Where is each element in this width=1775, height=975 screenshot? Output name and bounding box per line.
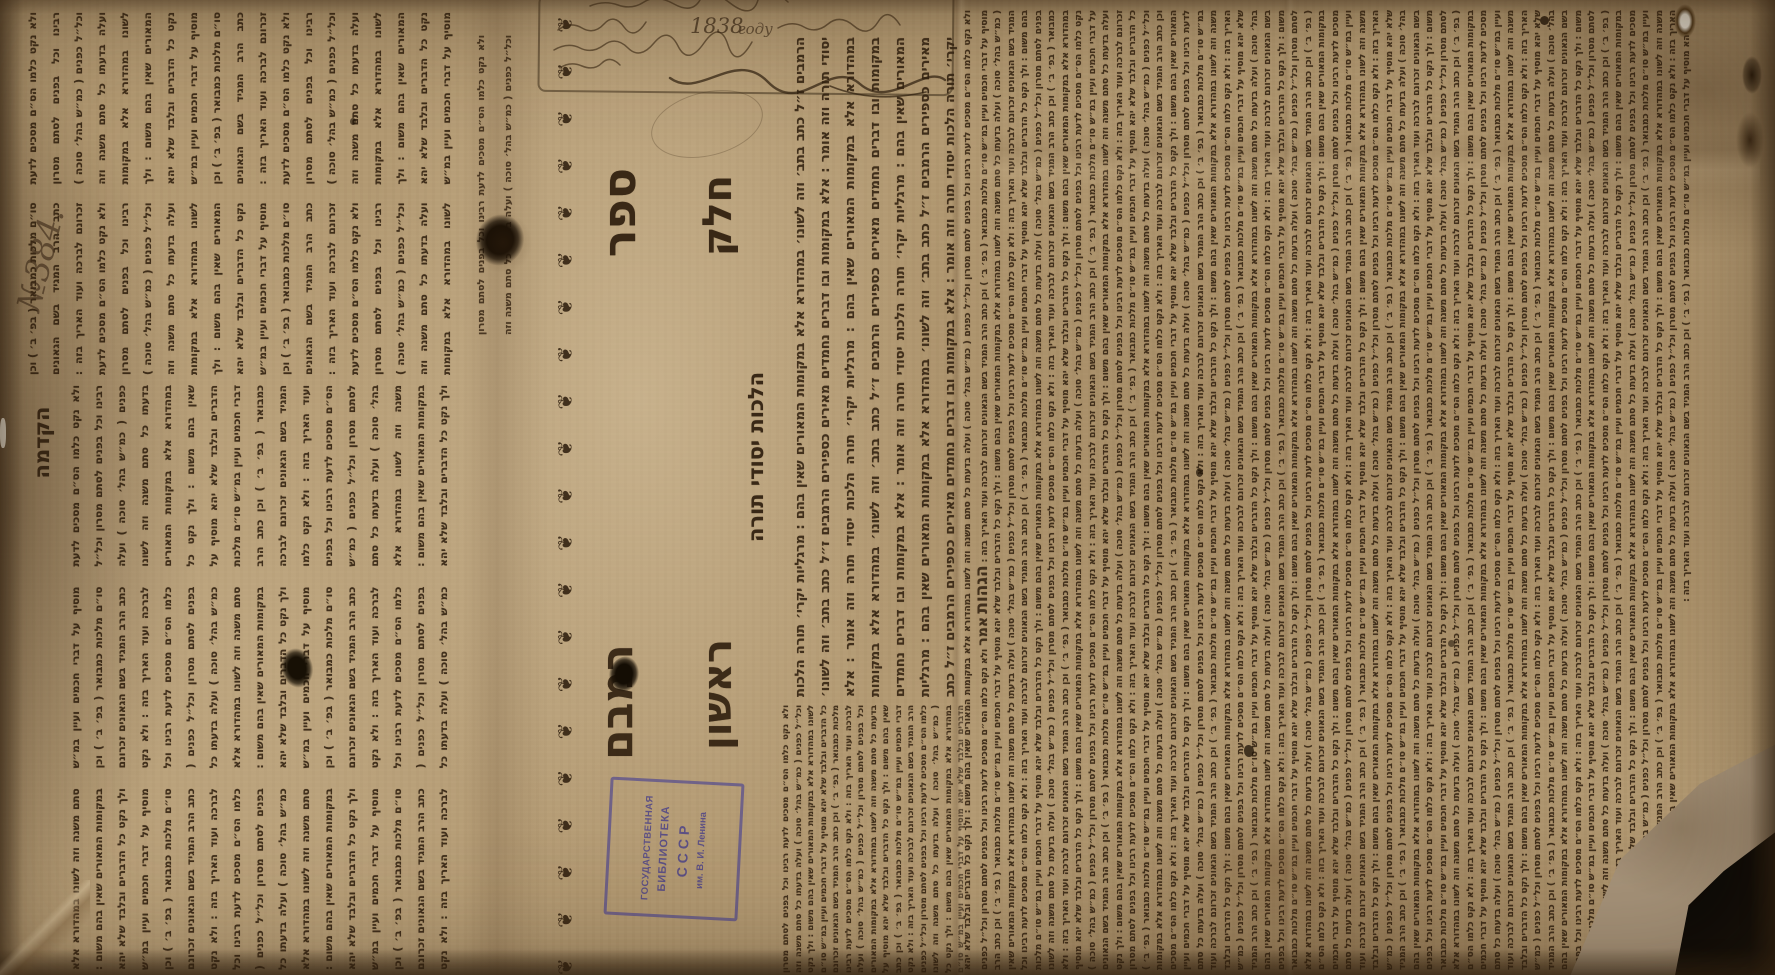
page-content-rotated: הקדמה ולא נקט כלמו הס״ם מסכים לדעת רבינו… (0, 0, 1775, 975)
handwriting-squiggle-1 (558, 19, 646, 33)
hakdamah-text-block-lower: ולא נקט כלמו הס״ם מסכים לדעת רבינו וכל ב… (65, 385, 460, 970)
bold-opener-1: הגהות (972, 565, 992, 613)
title-subtitle: הלכות יסודי תורה (744, 327, 778, 587)
title-word-chelek: חלק (698, 175, 738, 256)
handwriting-squiggle-2 (778, 15, 900, 31)
inscription-word: году (738, 20, 773, 38)
hakdamah-text-block-upper: ולא נקט כלמו הס״ם מסכים לדעת רבינו וכל ב… (22, 12, 465, 375)
stamp-line-4: им. В. И. Ленина (693, 812, 708, 889)
censor-inscription-handwriting: 1838 году (530, 0, 970, 110)
scanned-book-page: הקדמה ולא נקט כלמו הס״ם מסכים לדעת רבינו… (0, 0, 1775, 975)
title-foot-commentary: ולא נקט כלמו הס״ם מסכים לדעת רבינו וכל ב… (780, 705, 968, 973)
title-word-sefer: ספר (596, 168, 642, 257)
title-line-1: ספר רמבם (596, 168, 664, 760)
fleuron-ornament-border: ❦ ❦ ❦ ❦ ❦ ❦ ❦ ❦ ❦ ❦ ❦ ❦ ❦ ❦ ❦ ❦ ❦ ❦ ❦ ❦ … (553, 0, 589, 975)
facing-page-text: ולא נקט כלמו הס״ם מסכים לדעת רבינו וכל ב… (962, 10, 1767, 970)
title-word-rambam: רמבם (596, 644, 640, 760)
bold-opener-2: אמר (975, 617, 991, 646)
stamp-line-2: БИБЛИОТЕКА (655, 805, 672, 892)
library-stamp: ГОСУДАРСТВЕННАЯ БИБЛИОТЕКА СССР им. В. И… (603, 777, 744, 922)
marginal-note-column: ולא נקט כלמו הס״ם מסכים לדעת רבינו וכל ב… (468, 35, 526, 335)
stamp-line-3: СССР (673, 821, 692, 877)
handwriting-squiggle-4 (560, 59, 620, 68)
hakdamah-header: הקדמה (30, 390, 62, 495)
title-word-rishon: ראשון (698, 639, 738, 750)
inscription-year: 1838 (690, 14, 743, 38)
handwriting-squiggle-top (590, 0, 788, 11)
stamp-line-1: ГОСУДАРСТВЕННАЯ (639, 795, 655, 901)
facing-page-body: ולא נקט כלמו הס״ם מסכים לדעת רבינו וכל ב… (980, 10, 1692, 970)
title-paragraph: הרמבים ז״ל כתב בתב׳ וזה לשונו׳ במהדורא א… (788, 37, 960, 697)
